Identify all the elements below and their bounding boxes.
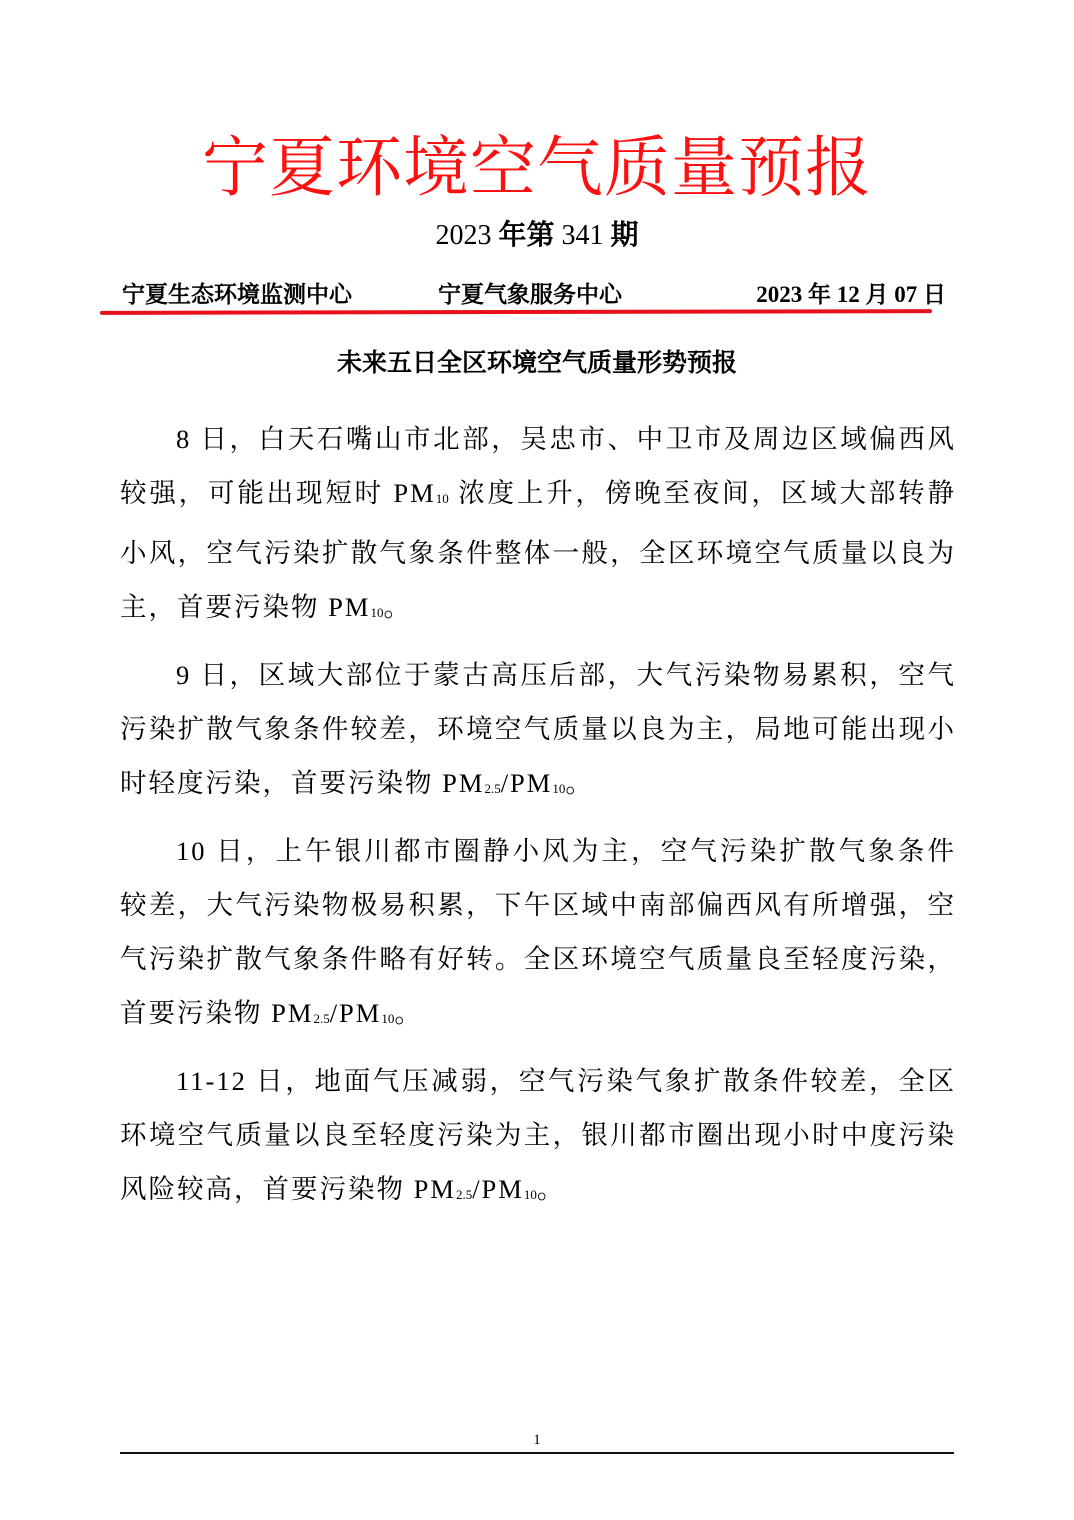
forecast-paragraph-day-11-12: 11-12 日，地面气压减弱，空气污染气象扩散条件较差，全区环境空气质量以良至轻… — [120, 1054, 956, 1222]
issue-date: 2023 年 12 月 07 日 — [756, 278, 946, 312]
forecast-paragraph-day-9: 9 日，区域大部位于蒙古高压后部，大气污染物易累积，空气污染扩散气象条件较差，环… — [120, 648, 956, 816]
issuer-meteorological-center: 宁夏气象服务中心 — [438, 278, 622, 312]
forecast-paragraph-day-10: 10 日，上午银川都市圈静小风为主，空气污染扩散气象条件较差，大气污染物极易积累… — [120, 824, 956, 1046]
issue-num-unit: 期 — [611, 220, 639, 251]
subscript: 2.5 — [456, 1187, 472, 1202]
issue-year: 2023 — [435, 220, 491, 251]
footer-divider — [120, 1452, 954, 1454]
subscript: 10 — [370, 605, 383, 620]
subscript: 2.5 — [313, 1011, 329, 1026]
issue-number: 2023 年第 341 期 — [0, 216, 1074, 256]
text: /PM — [472, 1174, 524, 1204]
issuer-environment-center: 宁夏生态环境监测中心 — [122, 278, 352, 312]
issue-year-unit: 年第 — [498, 220, 554, 251]
issuer-header: 宁夏生态环境监测中心 宁夏气象服务中心 2023 年 12 月 07 日 — [118, 278, 956, 312]
page-number: 1 — [0, 1430, 1074, 1450]
text: 。 — [537, 1174, 566, 1204]
text: /PM — [501, 768, 553, 798]
issue-num: 341 — [562, 220, 604, 251]
subscript: 10 — [524, 1187, 537, 1202]
subscript: 10 — [381, 1011, 394, 1026]
text: 。 — [394, 998, 423, 1028]
subscript: 2.5 — [484, 781, 500, 796]
text: /PM — [330, 998, 382, 1028]
subscript: 10 — [436, 491, 449, 506]
subscript: 10 — [552, 781, 565, 796]
text: 10 日，上午银川都市圈静小风为主，空气污染扩散气象条件较差，大气污染物极易积累… — [120, 836, 956, 1028]
section-title: 未来五日全区环境空气质量形势预报 — [0, 344, 1074, 384]
text: 。 — [565, 768, 594, 798]
forecast-body: 8 日，白天石嘴山市北部，吴忠市、中卫市及周边区域偏西风较强，可能出现短时 PM… — [120, 412, 956, 1230]
text: 。 — [383, 592, 412, 622]
red-divider — [100, 309, 932, 315]
document-title: 宁夏环境空气质量预报 — [0, 128, 1074, 208]
forecast-paragraph-day-8: 8 日，白天石嘴山市北部，吴忠市、中卫市及周边区域偏西风较强，可能出现短时 PM… — [120, 412, 956, 640]
